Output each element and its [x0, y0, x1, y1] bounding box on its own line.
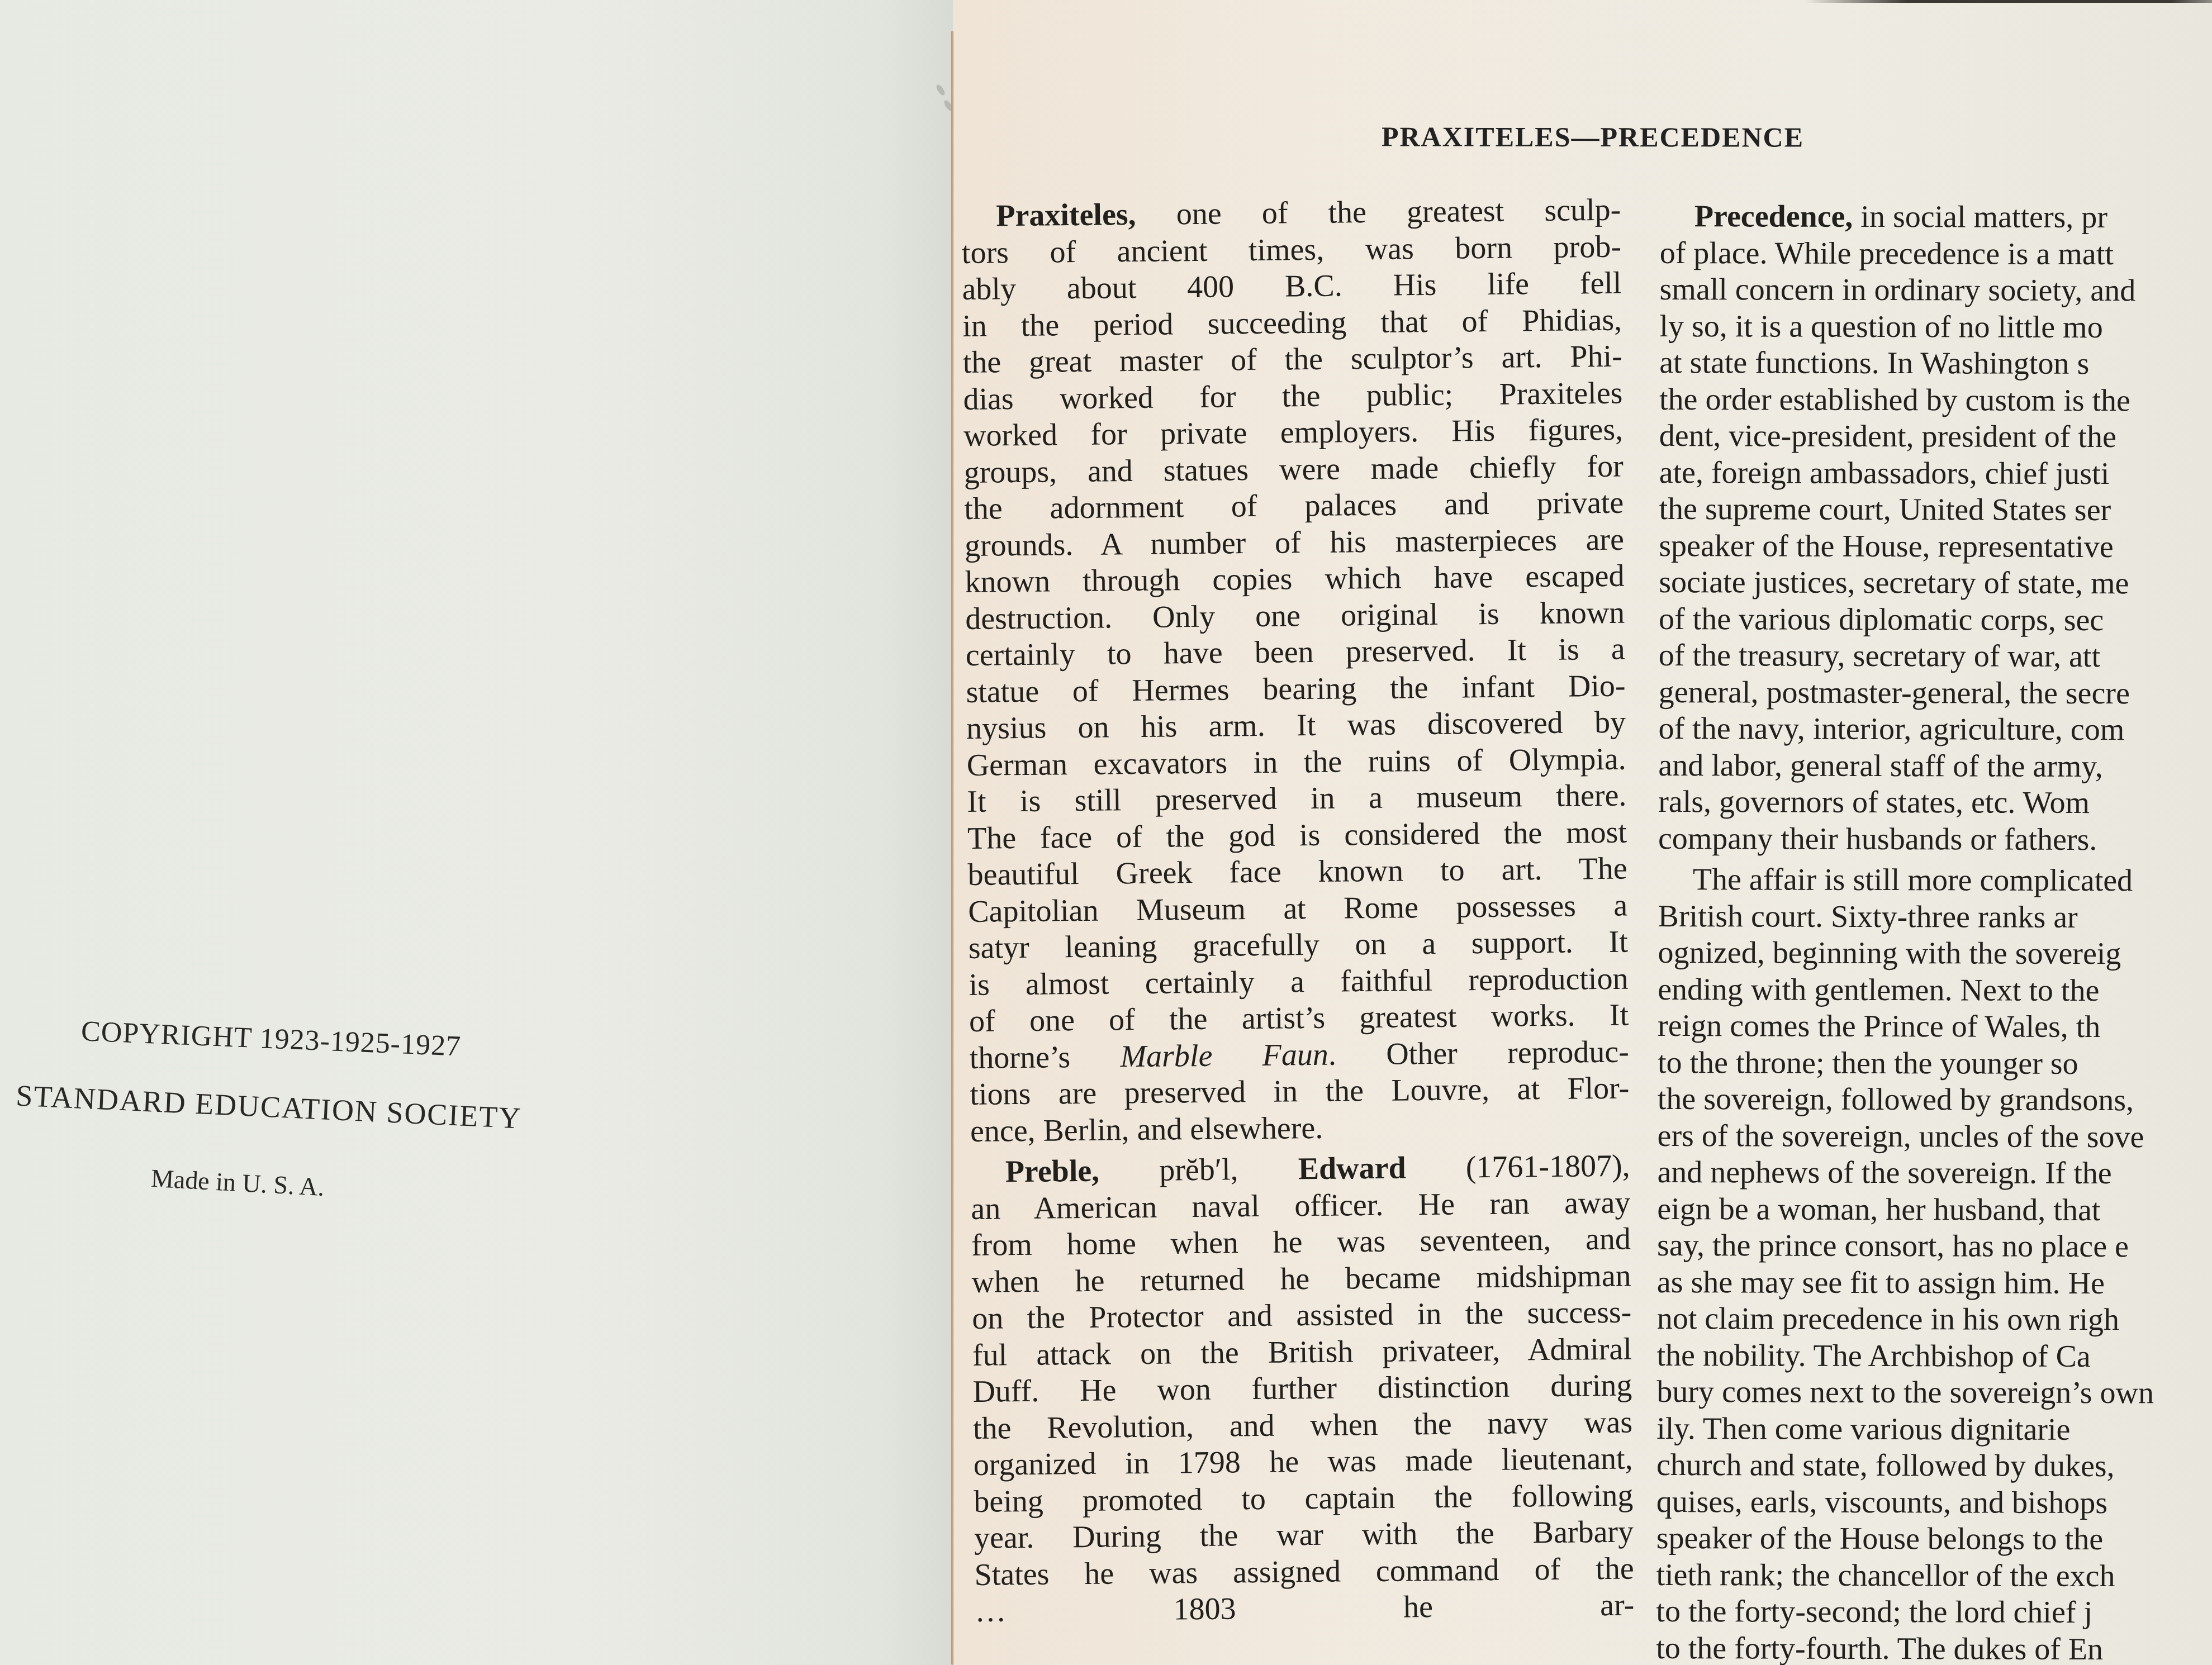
entry-preble-first-line: Preble, prĕb′l, Edward (1761-1807), [970, 1148, 1630, 1191]
text-line: sociate justices, secretary of state, me [1659, 564, 2212, 602]
running-head: PRAXITELES—PRECEDENCE [1382, 120, 1804, 153]
country-of-origin: Made in U. S. A. [150, 1163, 325, 1202]
text-line: on the Protector and assisted in the suc… [972, 1295, 1632, 1338]
text-line: the supreme court, United States ser [1659, 491, 2212, 529]
text-line: ence, Berlin, and elsewhere. [970, 1107, 1630, 1150]
text-line: of the navy, interior, agriculture, com [1658, 711, 2212, 749]
text-line: the adornment of palaces and private [964, 485, 1624, 528]
text-line: the Revolution, and when the navy was [973, 1404, 1633, 1447]
text-line: British court. Sixty-three ranks ar [1658, 898, 2212, 936]
text-line: ate, foreign ambassadors, chief justi [1659, 454, 2212, 492]
text-line: ending with gentlemen. Next to the [1658, 971, 2212, 1009]
text-line: States he was assigned command of the [974, 1550, 1634, 1593]
text-line: beautiful Greek face known to art. The [967, 851, 1627, 894]
text-line: ers of the sovereign, uncles of the sove [1658, 1117, 2212, 1155]
text-line: small concern in ordinary society, and [1659, 272, 2212, 310]
text-line: of place. While precedence is a matt [1660, 235, 2212, 273]
text-line: the nobility. The Archbishop of Ca [1656, 1337, 2212, 1375]
text-line: statue of Hermes bearing the infant Dio- [966, 668, 1626, 711]
text-line: to the forty-fourth. The dukes of En [1656, 1630, 2212, 1665]
text-line: ognized, beginning with the sovereig [1658, 935, 2212, 973]
text-line: worked for private employers. His figure… [963, 412, 1624, 455]
left-page: COPYRIGHT 1923-1925-1927 STANDARD EDUCAT… [0, 0, 953, 1665]
entry-praxiteles-first-line: Praxiteles, one of the greatest sculp- [961, 192, 1621, 235]
text-line: reign comes the Prince of Wales, th [1658, 1008, 2212, 1046]
text-line: not claim precedence in his own righ [1657, 1301, 2212, 1339]
text-line: known through copies which have escaped [965, 558, 1625, 601]
right-text-column: Precedence, in social matters, pr of pla… [1656, 198, 2212, 1665]
text-line: of the various diplomatic corps, sec [1659, 601, 2212, 639]
left-text-column: Praxiteles, one of the greatest sculp- t… [961, 192, 1635, 1630]
text-line: tors of ancient times, was born prob- [962, 229, 1622, 272]
text-line: German excavators in the ruins of Olympi… [966, 741, 1626, 784]
page-top-edge [1805, 0, 2212, 3]
text-line: satyr leaning gracefully on a support. I… [969, 924, 1629, 967]
text-line: rals, governors of states, etc. Wom [1658, 784, 2212, 822]
text-line: ly so, it is a question of no little mo [1659, 308, 2212, 346]
text-line: to the throne; then the younger so [1658, 1044, 2212, 1082]
entry-precedence-first-line: Precedence, in social matters, pr [1660, 198, 2212, 236]
text-line: and nephews of the sovereign. If the [1657, 1154, 2212, 1192]
text-line: and labor, general staff of the army, [1658, 747, 2212, 785]
text-line: the great master of the sculptor’s art. … [963, 339, 1623, 382]
text-line: of one of the artist’s greatest works. I… [969, 997, 1629, 1040]
text-line: is almost certainly a faithful reproduct… [969, 960, 1629, 1003]
text-line: eign be a woman, her husband, that [1657, 1191, 2212, 1229]
text-line: ably about 400 B.C. His life fell [962, 265, 1622, 308]
text-line: dent, vice-president, president of the [1659, 418, 2212, 456]
text-line: dias worked for the public; Praxiteles [963, 375, 1623, 418]
headword-praxiteles: Praxiteles, [996, 197, 1136, 233]
text-line: an American naval officer. He ran away [971, 1184, 1631, 1228]
text-line: bury comes next to the sovereign’s own [1656, 1374, 2212, 1412]
text-line: to the forty-second; the lord chief j [1656, 1593, 2212, 1631]
text-line: of the treasury, secretary of war, att [1659, 638, 2212, 675]
text-line: The face of the god is considered the mo… [967, 814, 1627, 857]
text-line: from home when he was seventeen, and [971, 1221, 1631, 1264]
paragraph-british-first-line: The affair is still more complicated [1658, 862, 2212, 900]
text-line-marble-faun: thorne’s Marble Faun. Other reproduc- [969, 1034, 1629, 1077]
pronunciation: prĕb′l, [1159, 1152, 1238, 1187]
text-line: company their husbands or fathers. [1658, 820, 2212, 858]
book-title-marble-faun: Marble Faun [1120, 1037, 1328, 1074]
text-line: being promoted to captain the following [974, 1477, 1634, 1520]
text-line: ily. Then come various dignitarie [1656, 1410, 2212, 1448]
text-line: the order established by custom is the [1659, 381, 2212, 419]
text-line: tions are preserved in the Louvre, at Fl… [970, 1071, 1630, 1114]
text-line: nysius on his arm. It was discovered by [966, 705, 1626, 748]
text-line: Duff. He won further distinction during [972, 1368, 1632, 1411]
publisher-name: STANDARD EDUCATION SOCIETY [15, 1078, 523, 1135]
text-line: Capitolian Museum at Rome possesses a [968, 887, 1628, 930]
text-line: organized in 1798 he was made lieutenant… [973, 1441, 1633, 1484]
text-line: the sovereign, followed by grandsons, [1658, 1081, 2212, 1119]
text-line: as she may see fit to assign him. He [1657, 1264, 2212, 1302]
text-line: grounds. A number of his masterpieces ar… [965, 521, 1625, 564]
headword-precedence: Precedence, [1694, 199, 1853, 234]
text-line: ful attack on the British privateer, Adm… [972, 1331, 1632, 1374]
text-line: year. During the war with the Barbary [974, 1514, 1634, 1557]
text-line: when he returned he became midshipman [971, 1258, 1631, 1301]
text-line: certainly to have been preserved. It is … [966, 631, 1626, 674]
text-line: say, the prince consort, has no place e [1657, 1228, 2212, 1266]
text-line: at state functions. In Washington s [1659, 345, 2212, 383]
text-line: church and state, followed by dukes, [1656, 1447, 2212, 1485]
text-line: It is still preserved in a museum there. [967, 778, 1627, 821]
text-line: groups, and statues were made chiefly fo… [963, 448, 1624, 491]
text-line: general, postmaster-general, the secre [1659, 674, 2212, 712]
text-line: destruction. Only one original is known [965, 594, 1625, 638]
given-name: Edward [1298, 1150, 1406, 1186]
text-line-cut: … 1803 he ar- [975, 1587, 1635, 1630]
text-line: tieth rank; the chancellor of the exch [1656, 1557, 2212, 1595]
copyright-imprint: COPYRIGHT 1923-1925-1927 STANDARD EDUCAT… [0, 0, 615, 1665]
text-line: speaker of the House belongs to the [1656, 1520, 2212, 1558]
text-line: speaker of the House, representative [1659, 527, 2212, 565]
text-line: in the period succeeding that of Phidias… [962, 302, 1622, 345]
paper-blemish [935, 83, 947, 97]
copyright-line: COPYRIGHT 1923-1925-1927 [80, 1015, 462, 1063]
headword-preble: Preble, [1005, 1154, 1099, 1190]
text-line: quises, earls, viscounts, and bishops [1656, 1483, 2212, 1521]
life-dates: (1761-1807), [1465, 1149, 1630, 1185]
